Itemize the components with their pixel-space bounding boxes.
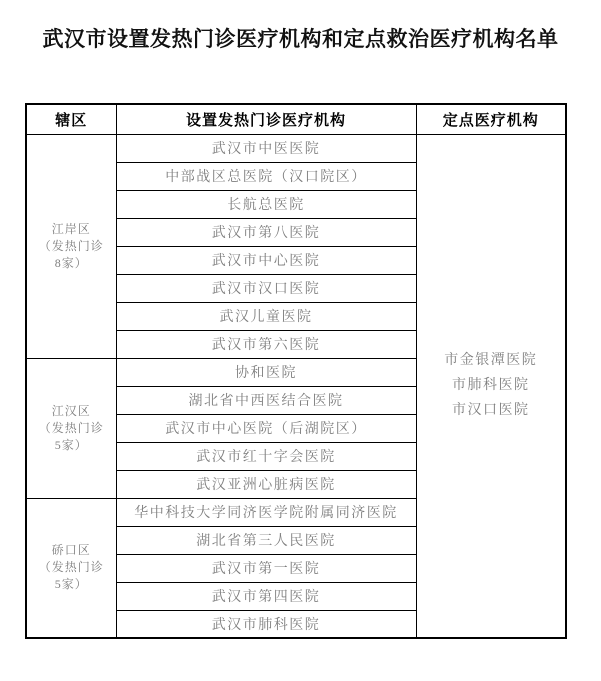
header-row: 辖区 设置发热门诊医疗机构 定点医疗机构 <box>26 104 566 134</box>
hospital-cell: 湖北省第三人民医院 <box>116 526 416 554</box>
district-name: 硚口区 <box>27 542 116 559</box>
district-cell-jianghan: 江汉区 （发热门诊 5家） <box>26 358 116 498</box>
hospital-cell: 武汉市中心医院 <box>116 246 416 274</box>
hospital-cell: 湖北省中西医结合医院 <box>116 386 416 414</box>
district-note-line2: 5家） <box>27 576 116 593</box>
table-row: 江岸区 （发热门诊 8家） 武汉市中医医院 市金银潭医院 市肺科医院 市汉口医院 <box>26 134 566 162</box>
hospital-cell: 武汉亚洲心脏病医院 <box>116 470 416 498</box>
hospital-cell: 协和医院 <box>116 358 416 386</box>
district-note-line2: 5家） <box>27 437 116 454</box>
hospital-table: 辖区 设置发热门诊医疗机构 定点医疗机构 江岸区 （发热门诊 8家） 武汉市中医… <box>25 103 567 639</box>
district-name: 江汉区 <box>27 403 116 420</box>
header-designated: 定点医疗机构 <box>416 104 566 134</box>
hospital-cell: 长航总医院 <box>116 190 416 218</box>
district-note-line1: （发热门诊 <box>27 238 116 255</box>
page-title: 武汉市设置发热门诊医疗机构和定点救治医疗机构名单 <box>0 26 601 52</box>
header-district: 辖区 <box>26 104 116 134</box>
hospital-cell: 武汉市中医医院 <box>116 134 416 162</box>
designated-hospitals-cell: 市金银潭医院 市肺科医院 市汉口医院 <box>416 134 566 638</box>
hospital-cell: 武汉市第一医院 <box>116 554 416 582</box>
district-note-line1: （发热门诊 <box>27 559 116 576</box>
hospital-cell: 武汉市第四医院 <box>116 582 416 610</box>
district-name: 江岸区 <box>27 221 116 238</box>
header-fever-clinics: 设置发热门诊医疗机构 <box>116 104 416 134</box>
hospital-cell: 武汉市第六医院 <box>116 330 416 358</box>
district-cell-jiangan: 江岸区 （发热门诊 8家） <box>26 134 116 358</box>
designated-hospital: 市汉口医院 <box>417 398 566 423</box>
hospital-cell: 华中科技大学同济医学院附属同济医院 <box>116 498 416 526</box>
hospital-cell: 武汉市肺科医院 <box>116 610 416 638</box>
district-note-line1: （发热门诊 <box>27 420 116 437</box>
hospital-cell: 武汉市汉口医院 <box>116 274 416 302</box>
hospital-cell: 中部战区总医院（汉口院区） <box>116 162 416 190</box>
hospital-cell: 武汉市第八医院 <box>116 218 416 246</box>
hospital-cell: 武汉市红十字会医院 <box>116 442 416 470</box>
hospital-cell: 武汉市中心医院（后湖院区） <box>116 414 416 442</box>
designated-hospital: 市肺科医院 <box>417 373 566 398</box>
designated-hospital: 市金银潭医院 <box>417 348 566 373</box>
hospital-cell: 武汉儿童医院 <box>116 302 416 330</box>
document-page: 武汉市设置发热门诊医疗机构和定点救治医疗机构名单 辖区 设置发热门诊医疗机构 定… <box>0 0 601 681</box>
district-note-line2: 8家） <box>27 255 116 272</box>
district-cell-qiaokou: 硚口区 （发热门诊 5家） <box>26 498 116 638</box>
